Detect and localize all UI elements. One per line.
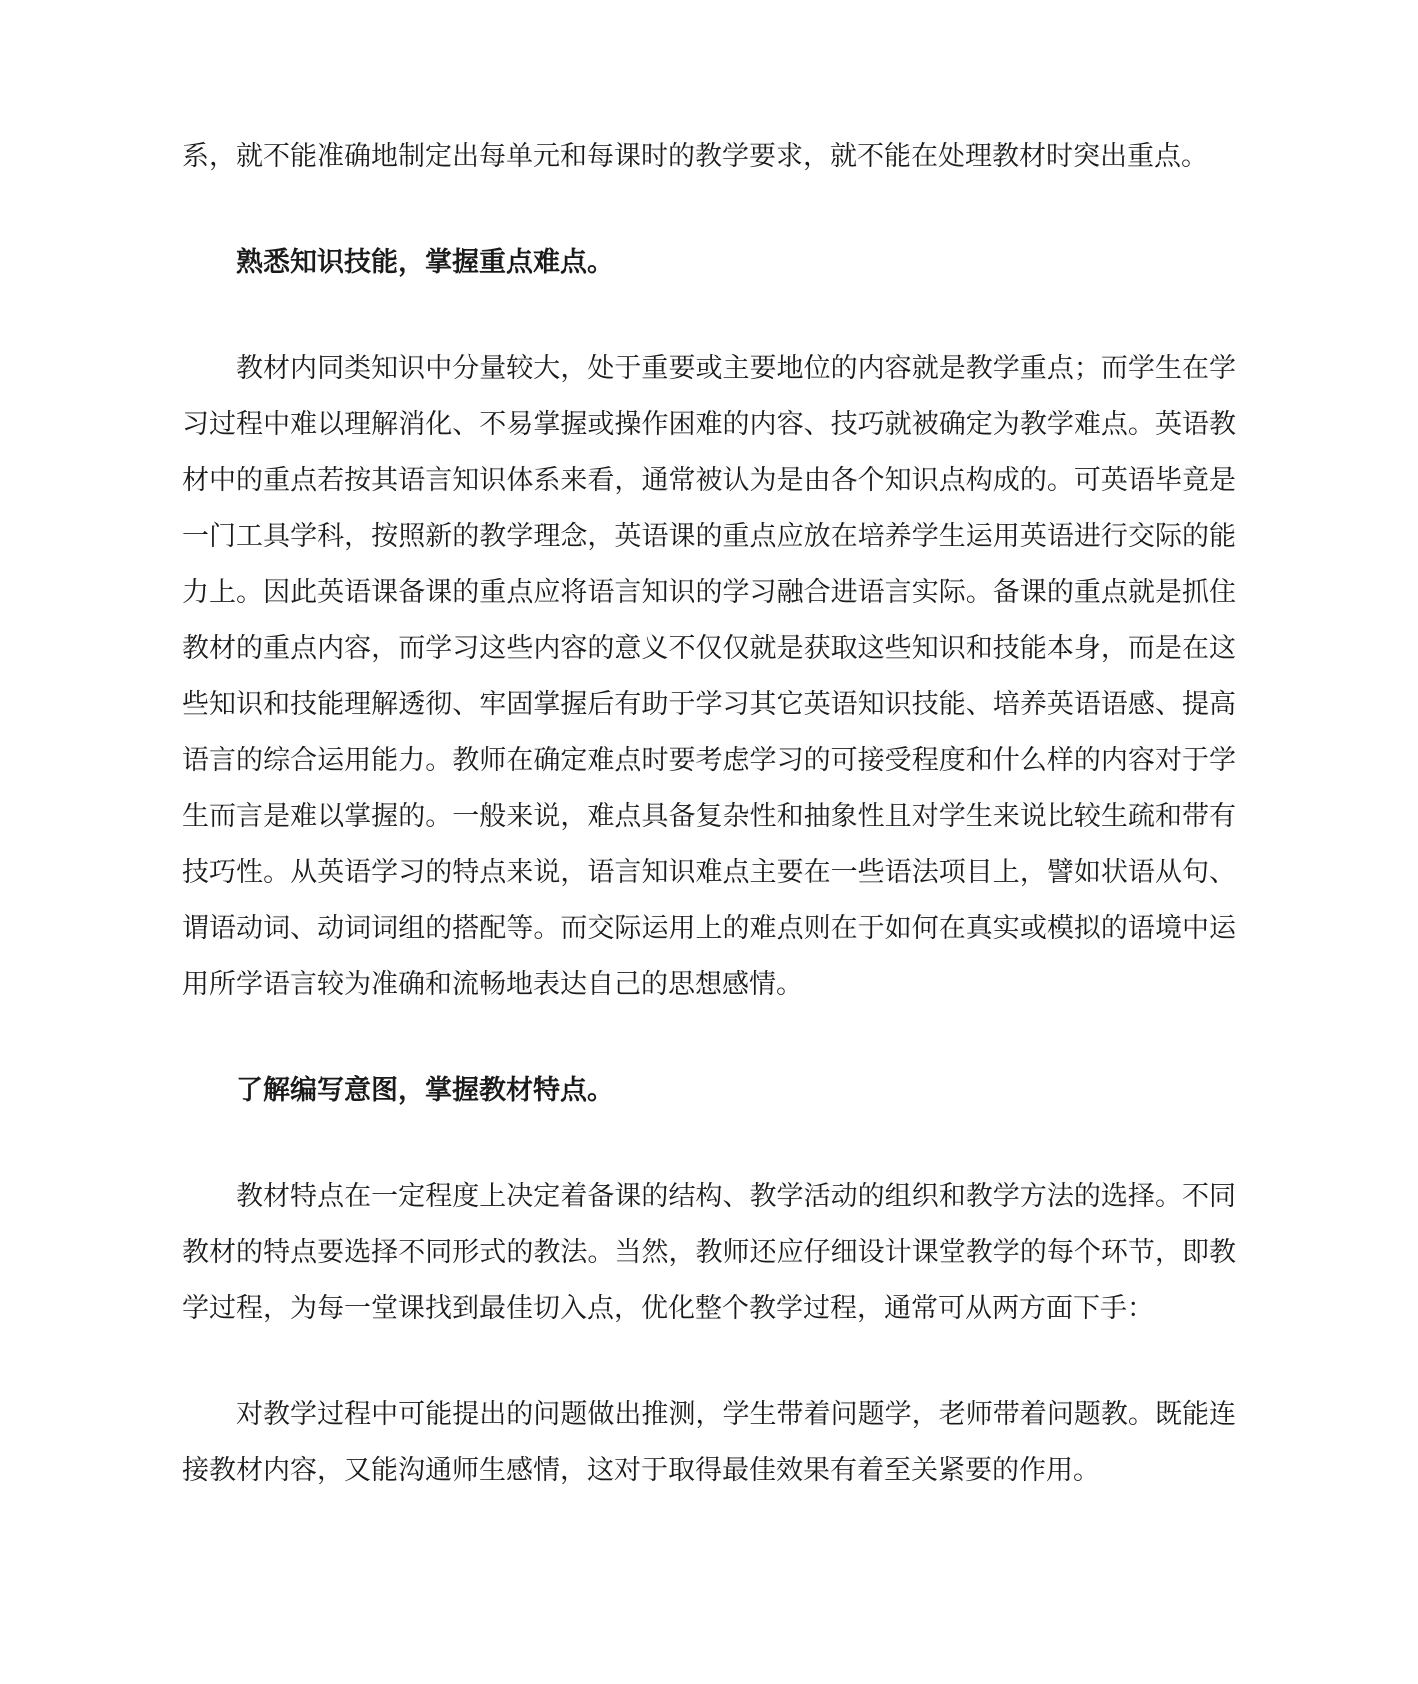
- paragraph-continuation: 系，就不能准确地制定出每单元和每课时的教学要求，就不能在处理教材时突出重点。: [182, 128, 1236, 184]
- document-page: 系，就不能准确地制定出每单元和每课时的教学要求，就不能在处理教材时突出重点。 熟…: [0, 0, 1418, 1684]
- paragraph-question-prediction: 对教学过程中可能提出的问题做出推测，学生带着问题学，老师带着问题教。既能连接教材…: [182, 1386, 1236, 1498]
- paragraph-material-features: 教材特点在一定程度上决定着备课的结构、教学活动的组织和教学方法的选择。不同教材的…: [182, 1168, 1236, 1336]
- section-heading-material-features: 了解编写意图，掌握教材特点。: [182, 1062, 1236, 1118]
- paragraph-key-difficult-points: 教材内同类知识中分量较大，处于重要或主要地位的内容就是教学重点；而学生在学习过程…: [182, 340, 1236, 1012]
- section-heading-key-points: 熟悉知识技能，掌握重点难点。: [182, 234, 1236, 290]
